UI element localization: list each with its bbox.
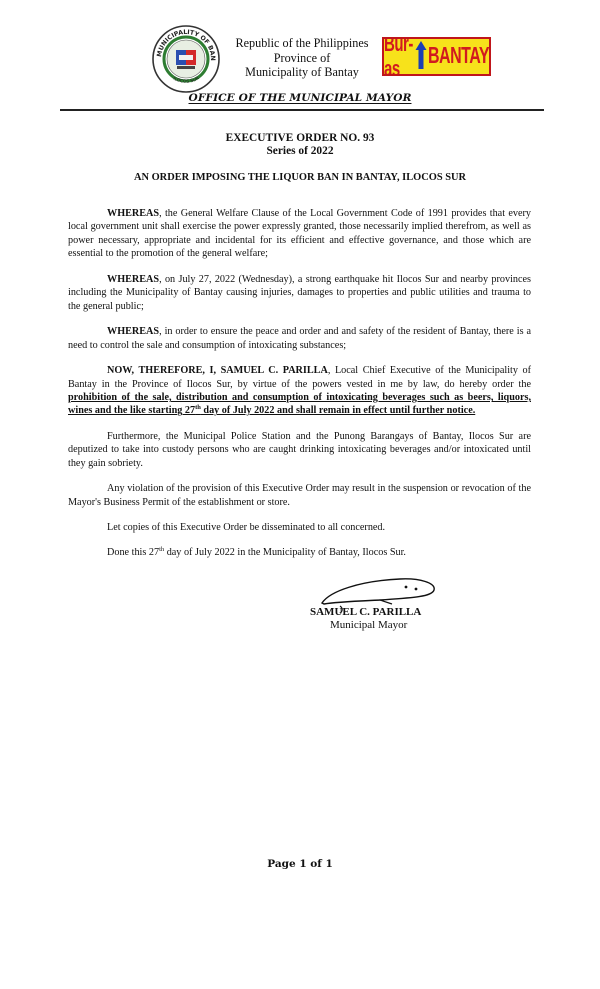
order-body: WHEREAS, the General Welfare Clause of t… xyxy=(68,207,531,571)
paragraph-lead: WHEREAS xyxy=(107,326,159,337)
municipal-seal-icon: MUNICIPALITY OF BANTAY ILOCOS SUR xyxy=(151,24,221,94)
order-title: EXECUTIVE ORDER NO. 93 xyxy=(0,132,600,144)
letterhead-text: Republic of the Philippines Province of … xyxy=(222,36,382,80)
office-heading: OFFICE OF THE MUNICIPAL MAYOR xyxy=(0,92,600,104)
order-series: Series of 2022 xyxy=(0,145,600,157)
paragraph-lead: WHEREAS xyxy=(107,274,159,285)
letterhead-republic: Republic of the Philippines xyxy=(222,36,382,51)
page-number: Page 1 of 1 xyxy=(0,858,600,870)
whereas-paragraph-2: WHEREAS, on July 27, 2022 (Wednesday), a… xyxy=(68,273,531,313)
logo-text-left: Bur-as xyxy=(384,37,414,76)
whereas-paragraph-1: WHEREAS, the General Welfare Clause of t… xyxy=(68,207,531,261)
now-therefore-paragraph: NOW, THEREFORE, I, SAMUEL C. PARILLA, Lo… xyxy=(68,364,531,418)
order-subject: AN ORDER IMPOSING THE LIQUOR BAN IN BANT… xyxy=(0,172,600,183)
signatory-name: SAMUEL C. PARILLA xyxy=(310,606,421,618)
violation-paragraph: Any violation of the provision of this E… xyxy=(68,482,531,509)
done-text-end: day of July 2022 in the Municipality of … xyxy=(164,547,406,558)
up-arrow-icon xyxy=(415,40,427,74)
prohibition-text-end: day of July 2022 and shall remain in eff… xyxy=(201,405,475,416)
done-text: Done this 27 xyxy=(107,547,159,558)
buras-bantay-logo: Bur-as BANTAY xyxy=(382,37,491,76)
prohibition-clause: prohibition of the sale, distribution an… xyxy=(68,392,531,416)
deputization-paragraph: Furthermore, the Municipal Police Statio… xyxy=(68,430,531,470)
logo-text-right: BANTAY xyxy=(428,43,489,69)
letterhead-province: Province of xyxy=(222,51,382,66)
header-divider xyxy=(60,109,544,111)
done-paragraph: Done this 27th day of July 2022 in the M… xyxy=(68,546,531,559)
letterhead-municipality: Municipality of Bantay xyxy=(222,65,382,80)
whereas-paragraph-3: WHEREAS, in order to ensure the peace an… xyxy=(68,325,531,352)
signatory-title: Municipal Mayor xyxy=(330,619,407,631)
office-heading-text: OFFICE OF THE MUNICIPAL MAYOR xyxy=(189,92,412,104)
paragraph-lead: NOW, THEREFORE, I, SAMUEL C. PARILLA xyxy=(107,365,328,376)
dissemination-paragraph: Let copies of this Executive Order be di… xyxy=(68,521,531,534)
paragraph-lead: WHEREAS xyxy=(107,208,159,219)
